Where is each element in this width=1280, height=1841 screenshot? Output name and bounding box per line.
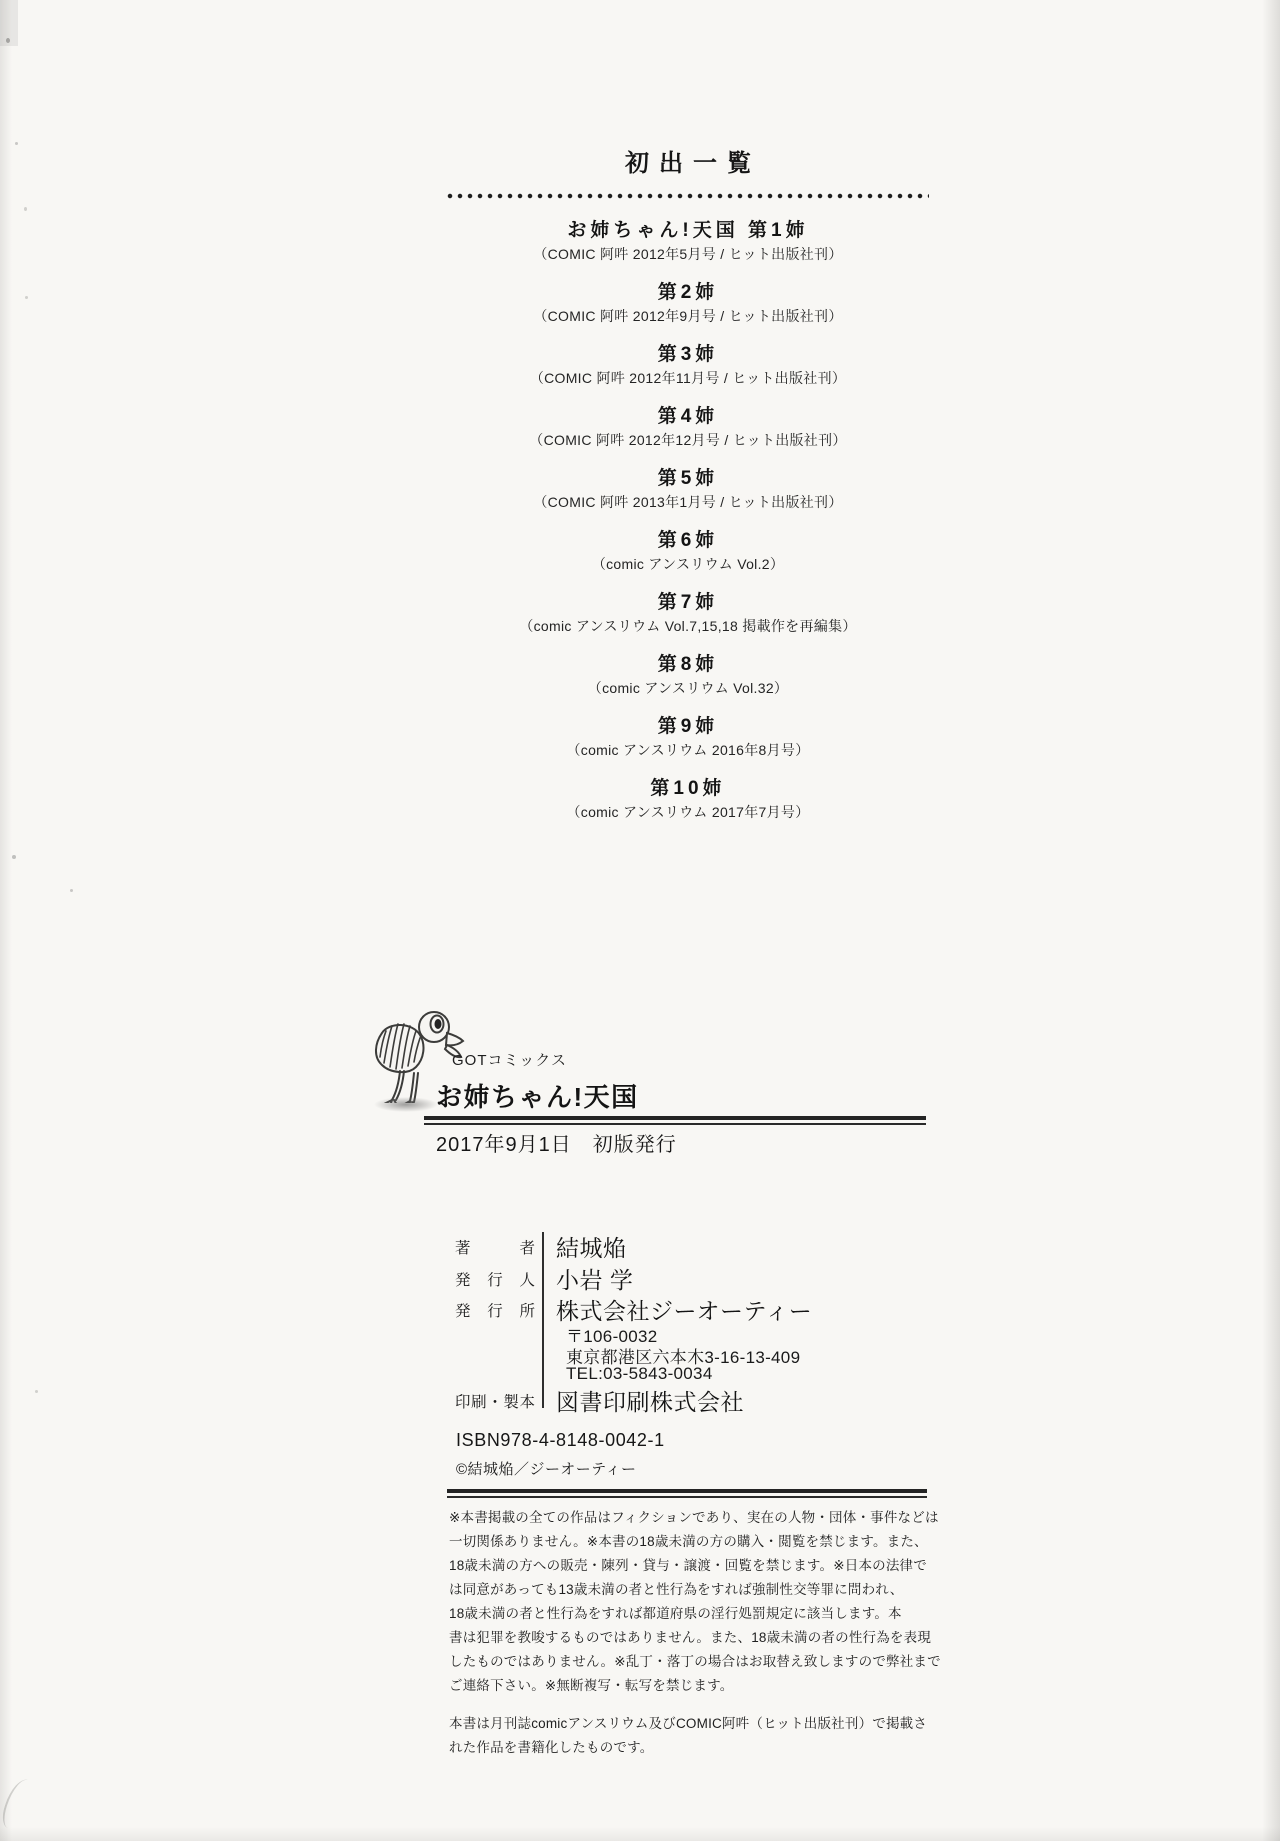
source-note: 本書は月刊誌comicアンスリウム及びCOMIC阿吽（ヒット出版社刊）で掲載さ …	[449, 1712, 949, 1760]
publisher-tel: TEL:03-5843-0034	[566, 1364, 713, 1384]
scan-speck	[35, 1390, 38, 1393]
entry-source: （comic アンスリウム Vol.32）	[447, 680, 929, 696]
publication-entry: 第5姉 （COMIC 阿吽 2013年1月号 / ヒット出版社刊）	[447, 468, 929, 510]
imprint-label: GOTコミックス	[452, 1049, 567, 1070]
scan-speck	[15, 142, 18, 145]
entry-chapter: 第7姉	[447, 592, 929, 614]
scan-speck	[24, 207, 27, 211]
entry-source: （comic アンスリウム Vol.2）	[447, 556, 929, 572]
entry-source: （comic アンスリウム 2016年8月号）	[447, 742, 929, 758]
entry-chapter: 第6姉	[447, 530, 929, 552]
copyright-line: ©結城焔／ジーオーティー	[456, 1458, 637, 1479]
publication-entry: 第9姉 （comic アンスリウム 2016年8月号）	[447, 716, 929, 758]
scan-speck	[70, 889, 73, 892]
entry-chapter: 第4姉	[447, 406, 929, 428]
entry-chapter: 第5姉	[447, 468, 929, 490]
entry-source: （COMIC 阿吽 2012年11月号 / ヒット出版社刊）	[447, 370, 929, 386]
isbn: ISBN978-4-8148-0042-1	[456, 1430, 665, 1451]
entry-source: （comic アンスリウム Vol.7,15,18 掲載作を再編集）	[447, 618, 929, 634]
entry-source: （COMIC 阿吽 2012年9月号 / ヒット出版社刊）	[447, 308, 929, 324]
scan-edge-left	[0, 0, 12, 1841]
edition-line: 2017年9月1日 初版発行	[436, 1128, 677, 1157]
publication-entry: お姉ちゃん!天国 第1姉 （COMIC 阿吽 2012年5月号 / ヒット出版社…	[447, 220, 929, 262]
scan-speck	[12, 855, 16, 859]
bird-shadow	[374, 1097, 438, 1112]
label-publisher-person: 発行人	[455, 1268, 535, 1290]
entry-chapter: お姉ちゃん!天国 第1姉	[447, 220, 929, 242]
publication-entry: 第10姉 （comic アンスリウム 2017年7月号）	[447, 778, 929, 820]
colophon-divider	[542, 1232, 544, 1408]
label-publisher: 発行所	[455, 1299, 535, 1321]
book-title: お姉ちゃん!天国	[436, 1077, 639, 1114]
first-publication-section: 初出一覧 お姉ちゃん!天国 第1姉 （COMIC 阿吽 2012年5月号 / ヒ…	[447, 150, 929, 840]
publication-entry: 第8姉 （comic アンスリウム Vol.32）	[447, 654, 929, 696]
section-title: 初出一覧	[447, 150, 929, 178]
publication-entry: 第7姉 （comic アンスリウム Vol.7,15,18 掲載作を再編集）	[447, 592, 929, 634]
dotted-divider	[447, 193, 929, 199]
publication-entry: 第4姉 （COMIC 阿吽 2012年12月号 / ヒット出版社刊）	[447, 406, 929, 448]
scanned-book-page: 初出一覧 お姉ちゃん!天国 第1姉 （COMIC 阿吽 2012年5月号 / ヒ…	[0, 0, 1280, 1841]
entry-chapter: 第3姉	[447, 344, 929, 366]
title-rule	[424, 1116, 926, 1125]
entry-chapter: 第2姉	[447, 282, 929, 304]
entry-source: （comic アンスリウム 2017年7月号）	[447, 804, 929, 820]
entry-chapter: 第8姉	[447, 654, 929, 676]
entry-chapter: 第10姉	[447, 778, 929, 800]
scan-edge-bottom	[0, 1827, 1280, 1841]
scan-speck	[6, 38, 10, 43]
entry-source: （COMIC 阿吽 2012年5月号 / ヒット出版社刊）	[447, 246, 929, 262]
scan-speck	[25, 296, 28, 299]
scan-edge-right	[1262, 0, 1280, 1841]
publication-entry: 第6姉 （comic アンスリウム Vol.2）	[447, 530, 929, 572]
legal-disclaimer: ※本書掲載の全ての作品はフィクションであり、実在の人物・団体・事件などは 一切関…	[449, 1506, 949, 1698]
publication-list: お姉ちゃん!天国 第1姉 （COMIC 阿吽 2012年5月号 / ヒット出版社…	[447, 220, 929, 820]
value-author: 結城焔	[556, 1230, 627, 1263]
entry-source: （COMIC 阿吽 2012年12月号 / ヒット出版社刊）	[447, 432, 929, 448]
label-author: 著者	[455, 1236, 535, 1258]
entry-chapter: 第9姉	[447, 716, 929, 738]
label-printer: 印刷・製本	[455, 1390, 535, 1412]
publication-entry: 第3姉 （COMIC 阿吽 2012年11月号 / ヒット出版社刊）	[447, 344, 929, 386]
publication-entry: 第2姉 （COMIC 阿吽 2012年9月号 / ヒット出版社刊）	[447, 282, 929, 324]
value-printer: 図書印刷株式会社	[556, 1384, 744, 1417]
value-publisher-person: 小岩 学	[556, 1262, 633, 1295]
legal-rule	[447, 1489, 927, 1498]
entry-source: （COMIC 阿吽 2013年1月号 / ヒット出版社刊）	[447, 494, 929, 510]
